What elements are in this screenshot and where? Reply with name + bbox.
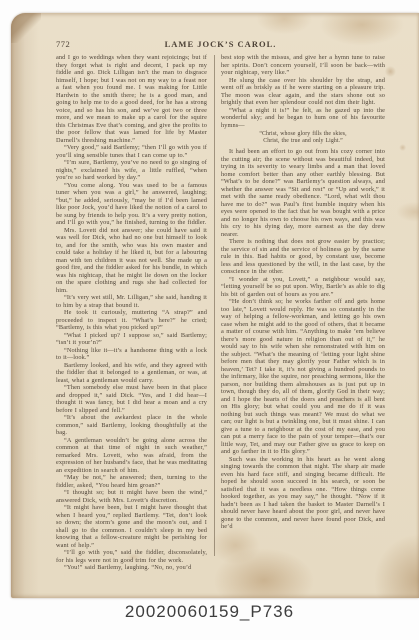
paragraph: It had been an effort to go out from his… [221,148,385,238]
verse-line: Christ, the true and only Light.” [221,138,385,145]
paragraph: “I’m sure, Bartlemy, you’ve no need to g… [56,159,207,182]
paragraph: Bartlemy looked, and his wife, and they … [56,362,207,385]
paragraph: He took it curiously, muttering “A strap… [56,309,207,332]
paragraph: “Then somebody else must have been in th… [56,384,207,414]
paragraph: “It’s very wet still, Mr. Lilligan,” she… [56,294,207,309]
paragraph: best stop with the missus, and give her … [221,54,385,77]
paragraph: “I wonder at you, Lovett,” a neighbour w… [221,276,385,299]
paragraph: “You!” said Bartlemy, laughing. “No, no,… [56,564,207,572]
paragraph: Such was the working in his heart as he … [221,456,385,531]
hymn-verse: “Christ, whose glory fills the skies, Ch… [221,131,385,145]
paragraph: “Nothing like it—it’s a handsome thing w… [56,347,207,362]
paragraph: Mrs. Lovett did not answer; she could ha… [56,227,207,295]
paragraph: “It might have been, but I might have th… [56,504,207,549]
paragraph: “Very good,” said Bartlemy; “then I’ll g… [56,144,207,159]
running-title: LAME JOCK’S CAROL. [56,39,385,49]
paragraph: “A gentleman wouldn’t be going alone acr… [56,437,207,475]
paragraph: “I’ll go with you,” said the fiddler, di… [56,549,207,564]
paragraph: “He don’t think so; he works farther off… [221,298,385,456]
text-columns: and I go to weddings when they want rejo… [56,54,385,570]
paragraph: “You come along. You was used to be a fa… [56,182,207,227]
paragraph: He slung the case over his shoulder by t… [221,77,385,107]
verse-line: “Christ, whose glory fills the skies, [221,131,385,138]
paragraph: “May be not,” he answered; then, turning… [56,474,207,489]
paragraph: “I thought so; but it might have been th… [56,489,207,504]
paragraph: “What a night it is!” he felt, as he gaz… [221,107,385,130]
column-rule [214,55,215,556]
right-column: best stop with the missus, and give her … [221,54,385,570]
page-corner-fold [11,13,41,43]
paragraph: There is nothing that does not grow easi… [221,238,385,276]
page-header: 772 LAME JOCK’S CAROL. [56,39,385,51]
left-column: and I go to weddings when they want rejo… [56,54,207,570]
archive-id-label: 20020060159_P736 [0,602,419,622]
paragraph: and I go to weddings when they want rejo… [56,54,207,144]
paragraph: “It’s about the awkardest place in the w… [56,414,207,437]
book-page-scan: 772 LAME JOCK’S CAROL. and I go to weddi… [11,13,419,598]
paragraph: “What I picked up? I suppose so,” said B… [56,332,207,347]
